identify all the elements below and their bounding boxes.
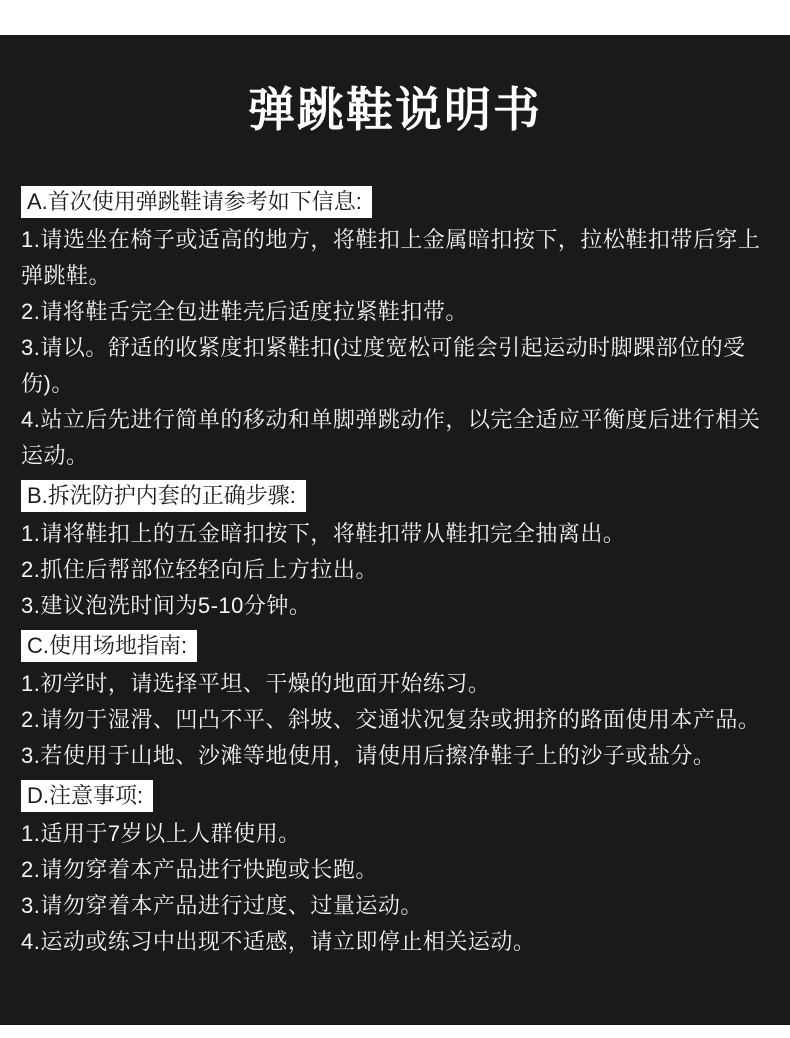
instruction-line: 1.请将鞋扣上的五金暗扣按下，将鞋扣带从鞋扣完全抽离出。: [21, 516, 769, 552]
sections-container: A.首次使用弹跳鞋请参考如下信息: 1.请选坐在椅子或适高的地方，将鞋扣上金属暗…: [21, 180, 769, 960]
section-b: B.拆洗防护内套的正确步骤: 1.请将鞋扣上的五金暗扣按下，将鞋扣带从鞋扣完全抽…: [21, 474, 769, 624]
instruction-line: 2.请勿于湿滑、凹凸不平、斜坡、交通状况复杂或拥挤的路面使用本产品。: [21, 702, 769, 738]
bottom-margin-strip: [0, 1025, 790, 1038]
instruction-line: 2.请勿穿着本产品进行快跑或长跑。: [21, 852, 769, 888]
instruction-line: 1.请选坐在椅子或适高的地方，将鞋扣上金属暗扣按下，拉松鞋扣带后穿上弹跳鞋。: [21, 222, 769, 294]
instruction-line: 3.请以。舒适的收紧度扣紧鞋扣(过度宽松可能会引起运动时脚踝部位的受伤)。: [21, 330, 769, 402]
instruction-content: 弹跳鞋说明书 A.首次使用弹跳鞋请参考如下信息: 1.请选坐在椅子或适高的地方，…: [0, 35, 790, 1025]
instruction-line: 2.请将鞋舌完全包进鞋壳后适度拉紧鞋扣带。: [21, 294, 769, 330]
instruction-line: 1.初学时，请选择平坦、干燥的地面开始练习。: [21, 666, 769, 702]
instruction-line: 4.站立后先进行简单的移动和单脚弹跳动作，以完全适应平衡度后进行相关运动。: [21, 402, 769, 474]
instruction-line: 3.请勿穿着本产品进行过度、过量运动。: [21, 888, 769, 924]
section-b-header: B.拆洗防护内套的正确步骤:: [21, 480, 306, 512]
page-title: 弹跳鞋说明书: [21, 35, 769, 138]
section-a-header: A.首次使用弹跳鞋请参考如下信息:: [21, 186, 372, 218]
section-d: D.注意事项: 1.适用于7岁以上人群使用。 2.请勿穿着本产品进行快跑或长跑。…: [21, 774, 769, 960]
instruction-page: 弹跳鞋说明书 A.首次使用弹跳鞋请参考如下信息: 1.请选坐在椅子或适高的地方，…: [0, 0, 790, 1038]
top-margin-strip: [0, 0, 790, 35]
instruction-line: 2.抓住后帮部位轻轻向后上方拉出。: [21, 552, 769, 588]
instruction-line: 4.运动或练习中出现不适感，请立即停止相关运动。: [21, 924, 769, 960]
instruction-line: 1.适用于7岁以上人群使用。: [21, 816, 769, 852]
section-c-header: C.使用场地指南:: [21, 630, 197, 662]
instruction-line: 3.若使用于山地、沙滩等地使用，请使用后擦净鞋子上的沙子或盐分。: [21, 738, 769, 774]
section-d-header: D.注意事项:: [21, 780, 153, 812]
section-a: A.首次使用弹跳鞋请参考如下信息: 1.请选坐在椅子或适高的地方，将鞋扣上金属暗…: [21, 180, 769, 474]
instruction-line: 3.建议泡洗时间为5-10分钟。: [21, 588, 769, 624]
section-c: C.使用场地指南: 1.初学时，请选择平坦、干燥的地面开始练习。 2.请勿于湿滑…: [21, 624, 769, 774]
